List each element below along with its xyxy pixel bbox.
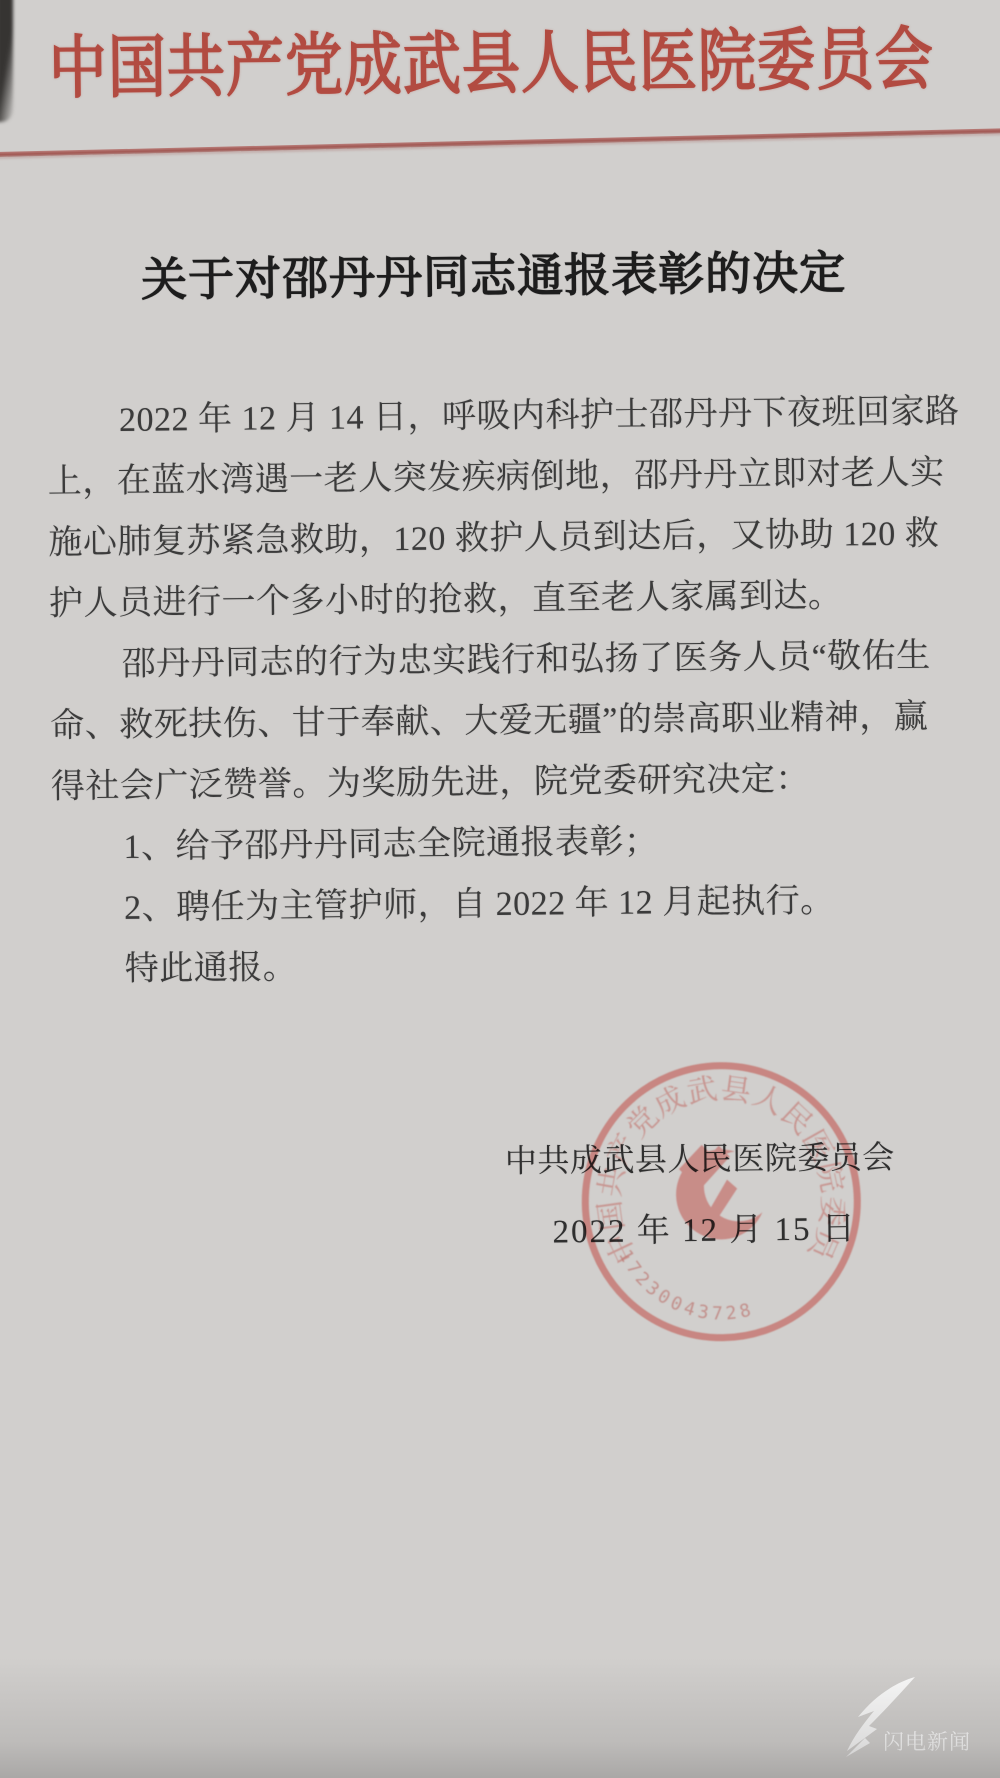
- photo-corner-shadow: [0, 0, 13, 122]
- body-line: 1、给予邵丹丹同志全院通报表彰；: [51, 808, 958, 878]
- paper-content: 中国共产党成武县人民医院委员会 关于对邵丹丹同志通报表彰的决定 2022 年 1…: [0, 0, 1000, 1778]
- document-photo: 中国共产党成武县人民医院委员会 关于对邵丹丹同志通报表彰的决定 2022 年 1…: [0, 0, 1000, 1778]
- body-line: 上，在蓝水湾遇一老人突发疾病倒地，邵丹丹立即对老人实: [47, 442, 954, 512]
- body-line: 邵丹丹同志的行为忠实践行和弘扬了医务人员“敬佑生: [49, 625, 956, 695]
- document-body: 2022 年 12 月 14 日，呼吸内科护士邵丹丹下夜班回家路 上，在蓝水湾遇…: [47, 381, 959, 1000]
- body-line: 得社会广泛赞誉。为奖励先进，院党委研究决定：: [51, 747, 958, 817]
- hammer-sickle-icon: [676, 1144, 763, 1240]
- document-title: 关于对邵丹丹同志通报表彰的决定: [0, 235, 994, 311]
- body-line: 2、聘任为主管护师，自 2022 年 12 月起执行。: [52, 869, 959, 939]
- photo-bottom-shadow: [0, 1658, 1000, 1778]
- official-seal: 中国共产党成武县人民医院委员会 17230043728: [574, 1052, 869, 1351]
- seal-serial-number: 17230043728: [614, 1245, 757, 1326]
- body-line: 2022 年 12 月 14 日，呼吸内科护士邵丹丹下夜班回家路: [47, 381, 954, 451]
- body-line: 特此通报。: [53, 930, 960, 1000]
- letterhead-org-name: 中国共产党成武县人民医院委员会: [0, 3, 992, 113]
- body-line: 护人员进行一个多小时的抢救，直至老人家属到达。: [49, 564, 956, 634]
- body-line: 施心肺复苏紧急救助，120 救护人员到达后，又协助 120 救: [48, 503, 955, 573]
- letterhead-divider-rule: [0, 128, 1000, 157]
- body-line: 命、救死扶伤、甘于奉献、大爱无疆”的崇高职业精神，赢: [50, 686, 957, 756]
